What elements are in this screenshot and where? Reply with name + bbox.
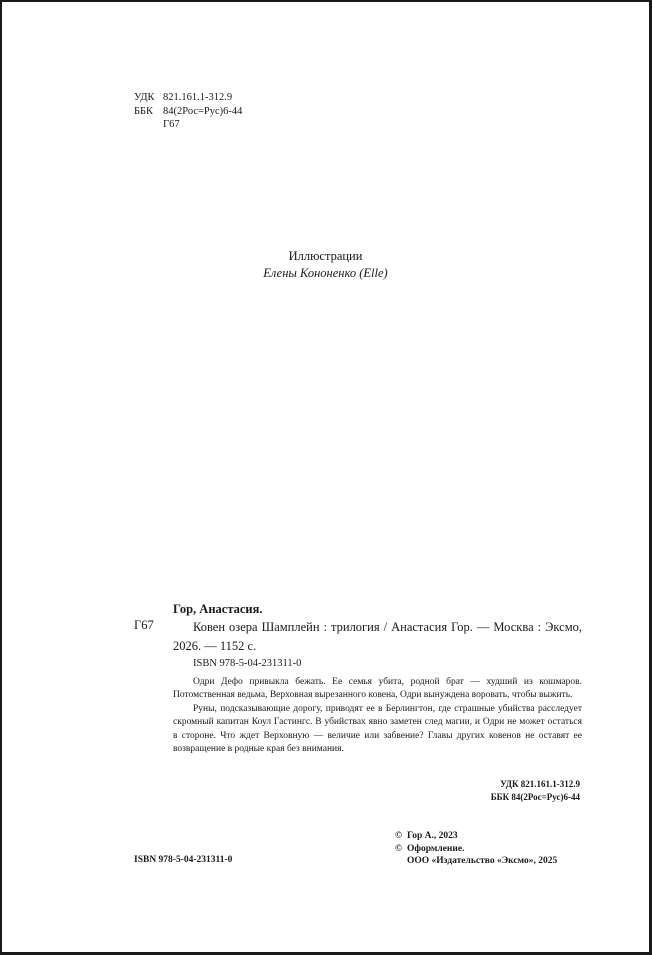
copyright-icon: © xyxy=(395,830,407,843)
record-description: Ковен озера Шамплейн : трилогия / Анаста… xyxy=(173,618,582,656)
author-mark: Г67 xyxy=(163,118,180,132)
classification-codes-top: УДК 821.161.1-312.9 ББК 84(2Рос=Рус)6-44… xyxy=(134,91,242,132)
copyright-icon: © xyxy=(395,843,407,856)
illustrations-credit: Иллюстрации Елены Кононенко (Elle) xyxy=(2,248,649,282)
udk-label: УДК xyxy=(134,91,163,105)
record-author: Гор, Анастасия. xyxy=(173,602,263,617)
illustrations-title: Иллюстрации xyxy=(2,248,649,265)
copyright-block: © Гор А., 2023 © Оформление. ООО «Издате… xyxy=(395,830,557,868)
copyright-author: Гор А., 2023 xyxy=(407,830,458,843)
bbk-label: ББК xyxy=(134,105,163,119)
annotation: Одри Дефо привыкла бежать. Ее семья убит… xyxy=(173,676,582,756)
footer-isbn: ISBN 978-5-04-231311-0 xyxy=(134,855,232,865)
illustrator-name: Елены Кононенко (Elle) xyxy=(2,265,649,282)
record-author-mark: Г67 xyxy=(134,618,154,633)
copyright-design: Оформление. xyxy=(407,843,464,856)
bbk-value: 84(2Рос=Рус)6-44 xyxy=(163,105,242,119)
copyright-publisher: ООО «Издательство «Эксмо», 2025 xyxy=(407,855,557,868)
udk-value: 821.161.1-312.9 xyxy=(163,91,232,105)
imprint-page: УДК 821.161.1-312.9 ББК 84(2Рос=Рус)6-44… xyxy=(2,2,649,952)
annotation-paragraph: Одри Дефо привыкла бежать. Ее семья убит… xyxy=(173,676,582,703)
bbk-code: ББК 84(2Рос=Рус)6-44 xyxy=(442,791,580,804)
udk-code: УДК 821.161.1-312.9 xyxy=(442,778,580,791)
record-isbn: ISBN 978-5-04-231311-0 xyxy=(193,658,301,669)
classification-codes-bottom: УДК 821.161.1-312.9 ББК 84(2Рос=Рус)6-44 xyxy=(442,778,580,803)
annotation-paragraph: Руны, подсказывающие дорогу, приводят ее… xyxy=(173,703,582,757)
